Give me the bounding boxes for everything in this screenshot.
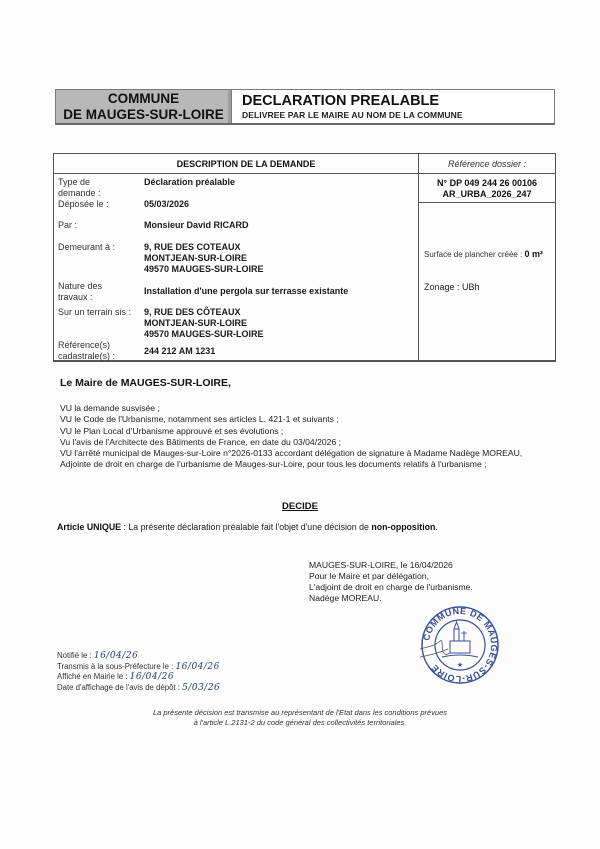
svg-text:★: ★ (457, 661, 463, 669)
label-cadastre: Référence(s) cadastrale(s) : (58, 340, 138, 362)
vu-list: VU la demande susvisée ; VU le Code de l… (60, 403, 550, 471)
notification-label: Notifié le : (57, 651, 92, 660)
footnote-line-1: La présente décision est transmise au re… (0, 708, 600, 718)
document-page: COMMUNE DE MAUGES-SUR-LOIRE DECLARATION … (0, 0, 600, 849)
description-heading: DESCRIPTION DE LA DEMANDE (54, 154, 418, 174)
maire-heading: Le Maire de MAUGES-SUR-LOIRE, (60, 377, 231, 389)
surface-plancher: Surface de plancher créée : 0 m² (424, 249, 543, 259)
notification-handwritten-date: 16/04/26 (130, 672, 174, 682)
notifications-block: Notifié le : 16/04/26 Transmis à la sous… (57, 651, 220, 693)
address-line: 9, RUE DES CÔTEAUX (144, 307, 264, 318)
label-terrain: Sur un terrain sis : (58, 307, 148, 318)
decide-heading: DECIDE (0, 501, 600, 512)
address-line: MONTJEAN-SUR-LOIRE (144, 253, 264, 264)
label-line: demande : (58, 188, 138, 199)
vu-item: VU le Code de l'Urbanisme, notamment ses… (60, 414, 550, 425)
reference-divider (419, 202, 555, 203)
value-cadastre: 244 212 AM 1231 (144, 346, 215, 357)
label-line: Type de (58, 177, 138, 188)
description-table: DESCRIPTION DE LA DEMANDE Type de demand… (53, 153, 556, 362)
notification-handwritten-date: 16/04/26 (175, 662, 219, 672)
notification-affiche: Affiché en Mairie le : 16/04/26 (57, 672, 220, 683)
value-nature-travaux: Installation d'une pergola sur terrasse … (144, 286, 348, 297)
label-type-demande: Type de demande : (58, 177, 138, 199)
surface-label: Surface de plancher créée : (424, 250, 522, 259)
vu-item: Vu l'avis de l'Architecte des Bâtiments … (60, 437, 550, 448)
label-line: cadastrale(s) : (58, 351, 138, 362)
zonage: Zonage : UBh (424, 282, 480, 292)
surface-value: 0 m² (525, 249, 544, 259)
notification-label: Date d'affichage de l'avis de dépôt : (57, 683, 180, 692)
address-line: 49570 MAUGES-SUR-LOIRE (144, 264, 264, 275)
commune-box: COMMUNE DE MAUGES-SUR-LOIRE (56, 90, 232, 123)
notification-affichage-avis: Date d'affichage de l'avis de dépôt : 5/… (57, 683, 220, 694)
title-box: DECLARATION PREALABLE DELIVREE PAR LE MA… (232, 90, 554, 123)
vu-item: VU l'arrêté municipal de Mauges-sur-Loir… (60, 448, 550, 471)
signature-line-3: L'adjoint de droit en charge de l'urbani… (309, 582, 473, 593)
signature-place-date: MAUGES-SUR-LOIRE, le 16/04/2026 (309, 560, 473, 571)
article-text: : La présente déclaration préalable fait… (121, 522, 371, 532)
value-par: Monsieur David RICARD (144, 220, 249, 231)
signature-block: MAUGES-SUR-LOIRE, le 16/04/2026 Pour le … (309, 560, 473, 604)
document-header: COMMUNE DE MAUGES-SUR-LOIRE DECLARATION … (55, 89, 555, 125)
label-par: Par : (58, 220, 138, 231)
vu-item: VU le Plan Local d'Urbanisme approuvé et… (60, 426, 550, 437)
label-line: Nature des (58, 281, 138, 292)
commune-stamp-icon: COMMUNE DE MAUGES-SUR-LOIRE ★ (420, 605, 500, 685)
article-end: . (435, 522, 437, 532)
notification-handwritten-date: 16/04/26 (94, 651, 138, 661)
commune-line-2: DE MAUGES-SUR-LOIRE (63, 107, 224, 123)
notification-transmis: Transmis à la sous-Préfecture le : 16/04… (57, 662, 220, 673)
signature-line-2: Pour le Maire et par délégation, (309, 571, 473, 582)
article-unique: Article UNIQUE : La présente déclaration… (57, 522, 438, 532)
label-line: travaux : (58, 292, 138, 303)
reference-number: N° DP 049 244 26 00106 AR_URBA_2026_247 (419, 174, 555, 200)
address-line: MONTJEAN-SUR-LOIRE (144, 318, 264, 329)
value-deposee: 05/03/2026 (144, 199, 189, 210)
reference-heading: Référence dossier : (419, 154, 555, 174)
reference-number-line-2: AR_URBA_2026_247 (419, 189, 555, 200)
value-type-demande: Déclaration préalable (144, 177, 235, 188)
label-deposee: Déposée le : (58, 199, 138, 210)
reference-section: Référence dossier : N° DP 049 244 26 001… (419, 154, 555, 360)
legal-footnote: La présente décision est transmise au re… (0, 708, 600, 728)
description-section: DESCRIPTION DE LA DEMANDE Type de demand… (54, 154, 419, 360)
label-demeurant: Demeurant à : (58, 242, 138, 253)
footnote-line-2: à l'article L.2131-2 du code général des… (0, 718, 600, 728)
notification-label: Transmis à la sous-Préfecture le : (57, 662, 173, 671)
value-demeurant: 9, RUE DES COTEAUX MONTJEAN-SUR-LOIRE 49… (144, 242, 264, 275)
address-line: 49570 MAUGES-SUR-LOIRE (144, 329, 264, 340)
reference-number-line-1: N° DP 049 244 26 00106 (419, 178, 555, 189)
commune-line-1: COMMUNE (108, 91, 179, 107)
notification-handwritten-date: 5/03/26 (182, 683, 220, 693)
notification-notifie: Notifié le : 16/04/26 (57, 651, 220, 662)
address-line: 9, RUE DES COTEAUX (144, 242, 264, 253)
value-terrain: 9, RUE DES CÔTEAUX MONTJEAN-SUR-LOIRE 49… (144, 307, 264, 340)
document-title: DECLARATION PREALABLE (242, 93, 554, 109)
article-decision: non-opposition (371, 522, 435, 532)
vu-item: VU la demande susvisée ; (60, 403, 550, 414)
label-line: Référence(s) (58, 340, 138, 351)
notification-label: Affiché en Mairie le : (57, 672, 128, 681)
document-subtitle: DELIVREE PAR LE MAIRE AU NOM DE LA COMMU… (242, 109, 554, 121)
label-nature-travaux: Nature des travaux : (58, 281, 138, 303)
signatory-name: Nadège MOREAU. (309, 593, 473, 604)
article-label: Article UNIQUE (57, 522, 121, 532)
